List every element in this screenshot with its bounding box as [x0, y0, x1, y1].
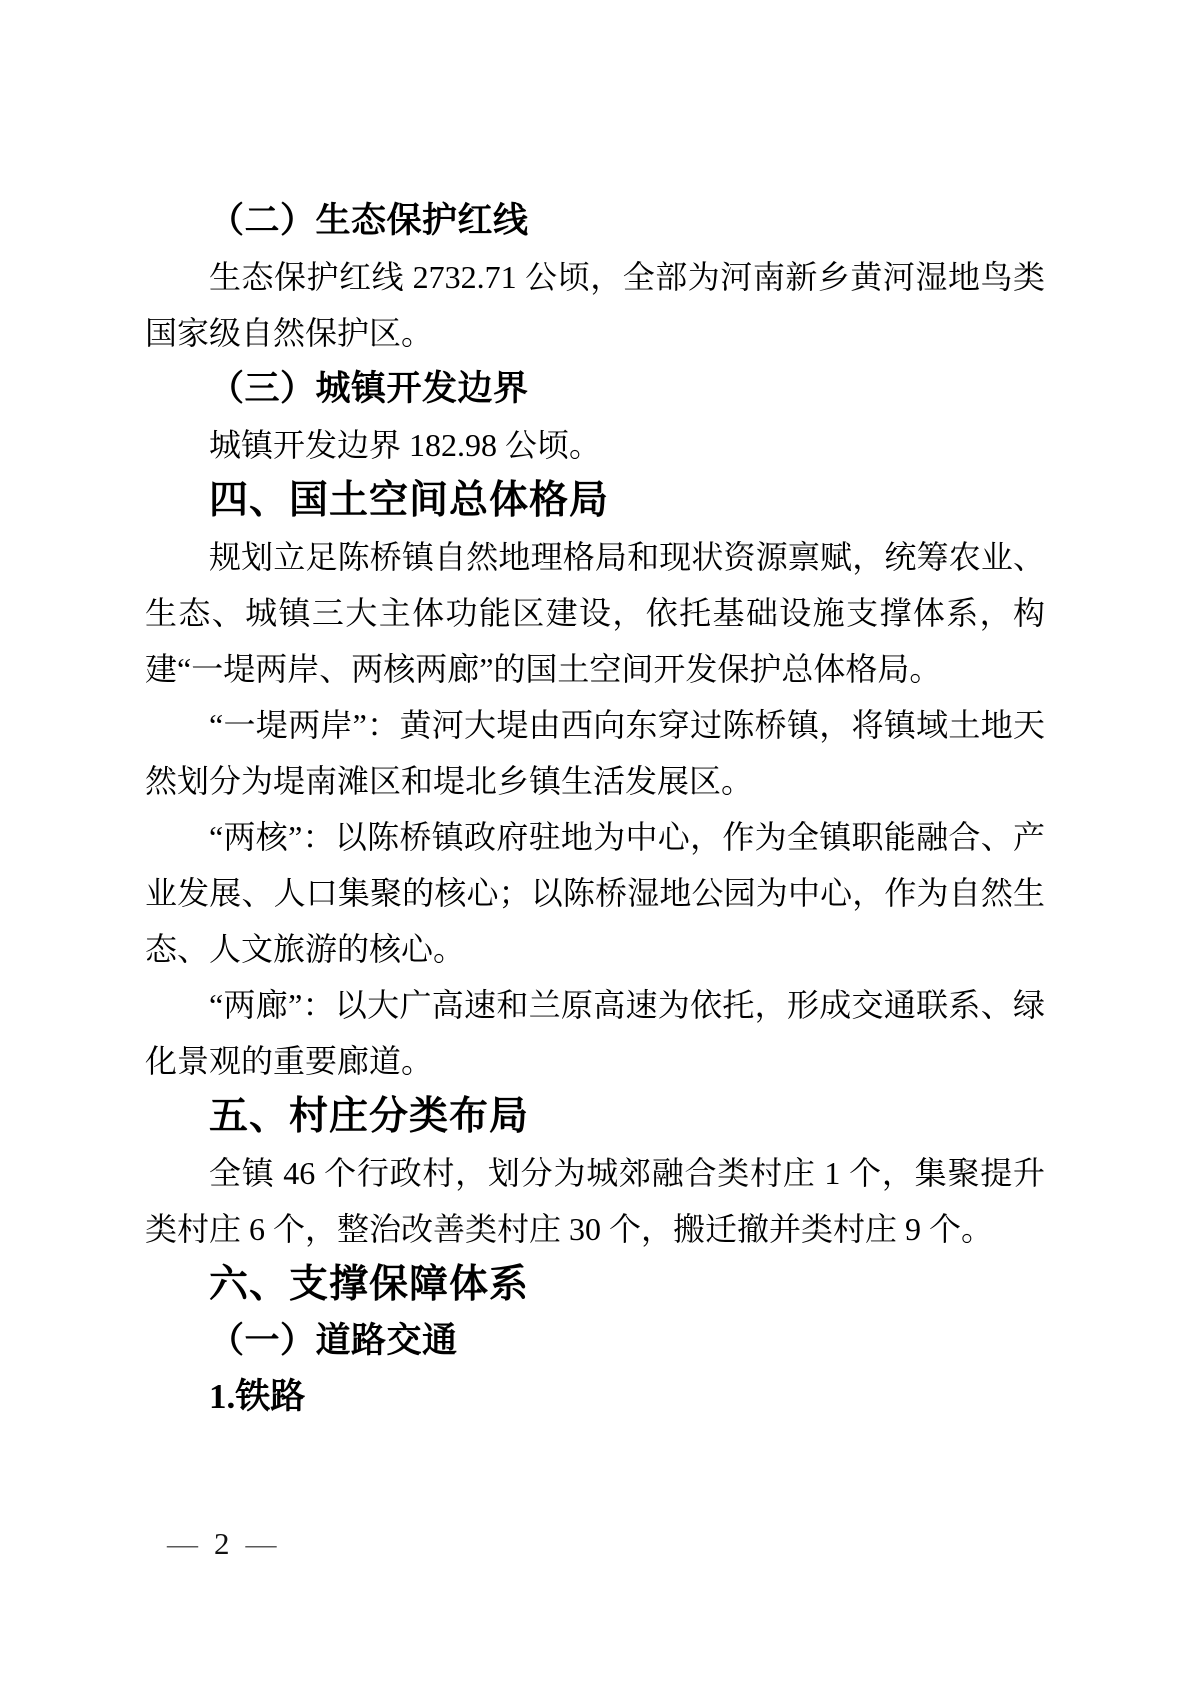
footer-left-dash: —	[157, 1526, 208, 1561]
document-page: （二）生态保护红线 生态保护红线 2732.71 公顷，全部为河南新乡黄河湿地鸟…	[0, 0, 1190, 1683]
heading-eco-protection-redline: （二）生态保护红线	[145, 193, 1045, 249]
heading-road-traffic: （一）道路交通	[145, 1313, 1045, 1369]
page-number: 2	[208, 1526, 236, 1561]
para-urban-development-boundary: 城镇开发边界 182.98 公顷。	[145, 417, 1045, 473]
para-two-corridors: “两廊”：以大广高速和兰原高速为依托，形成交通联系、绿化景观的重要廊道。	[145, 977, 1045, 1089]
heading-railway: 1.铁路	[145, 1369, 1045, 1425]
para-spatial-pattern-overview: 规划立足陈桥镇自然地理格局和现状资源禀赋，统筹农业、生态、城镇三大主体功能区建设…	[145, 529, 1045, 697]
footer-right-dash: —	[236, 1526, 287, 1561]
page-footer: —2—	[157, 1524, 287, 1564]
heading-territorial-spatial-pattern: 四、国土空间总体格局	[145, 473, 1045, 529]
heading-urban-development-boundary: （三）城镇开发边界	[145, 361, 1045, 417]
heading-village-classification: 五、村庄分类布局	[145, 1089, 1045, 1145]
para-village-classification: 全镇 46 个行政村，划分为城郊融合类村庄 1 个，集聚提升类村庄 6 个，整治…	[145, 1145, 1045, 1257]
para-eco-protection-redline: 生态保护红线 2732.71 公顷，全部为河南新乡黄河湿地鸟类国家级自然保护区。	[145, 249, 1045, 361]
heading-support-guarantee-system: 六、支撑保障体系	[145, 1257, 1045, 1313]
para-two-cores: “两核”：以陈桥镇政府驻地为中心，作为全镇职能融合、产业发展、人口集聚的核心；以…	[145, 809, 1045, 977]
para-one-levee-two-banks: “一堤两岸”：黄河大堤由西向东穿过陈桥镇，将镇域土地天然划分为堤南滩区和堤北乡镇…	[145, 697, 1045, 809]
document-body: （二）生态保护红线 生态保护红线 2732.71 公顷，全部为河南新乡黄河湿地鸟…	[145, 193, 1045, 1425]
